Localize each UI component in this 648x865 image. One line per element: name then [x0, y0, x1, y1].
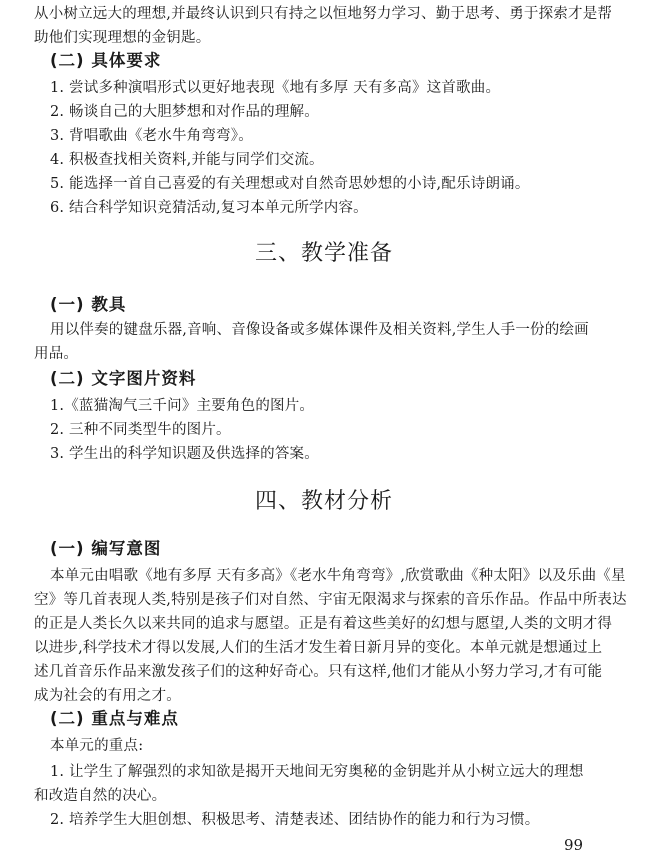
paragraph-line: 助他们实现理想的金钥匙。	[34, 28, 210, 48]
list-item: 2. 畅谈自己的大胆梦想和对作品的理解。	[50, 102, 319, 122]
page-number: 99	[564, 836, 583, 854]
subheading-key-points: (二) 重点与难点	[50, 708, 179, 730]
paragraph-line: 空》等几首表现人类,特别是孩子们对自然、宇宙无限渴求与探索的音乐作品。作品中所表…	[34, 590, 627, 610]
paragraph-line: 成为社会的有用之才。	[34, 686, 181, 706]
paragraph-line: 述几首音乐作品来激发孩子们的这种好奇心。只有这样,他们才能从小努力学习,才有可能	[34, 662, 602, 682]
list-item: 3. 背唱歌曲《老水牛角弯弯》。	[50, 126, 253, 146]
list-item: 5. 能选择一首自己喜爱的有关理想或对自然奇思妙想的小诗,配乐诗朗诵。	[50, 174, 530, 194]
paragraph-line: 本单元由唱歌《地有多厚 天有多高》《老水牛角弯弯》,欣赏歌曲《种太阳》以及乐曲《…	[50, 566, 626, 586]
subheading-materials: (二) 文字图片资料	[50, 368, 196, 390]
document-page: 从小树立远大的理想,并最终认识到只有持之以恒地努力学习、勤于思考、勇于探索才是帮…	[0, 0, 648, 865]
section-title-analysis: 四、教材分析	[0, 488, 648, 516]
list-item: 6. 结合科学知识竞猜活动,复习本单元所学内容。	[50, 198, 368, 218]
paragraph-line: 从小树立远大的理想,并最终认识到只有持之以恒地努力学习、勤于思考、勇于探索才是帮	[34, 4, 612, 24]
list-item: 1. 让学生了解强烈的求知欲是揭开天地间无穷奥秘的金钥匙并从小树立远大的理想	[50, 762, 584, 782]
paragraph-line: 用品。	[34, 344, 78, 364]
list-item: 2. 培养学生大胆创想、积极思考、清楚表述、团结协作的能力和行为习惯。	[50, 810, 539, 830]
subheading-intent: (一) 编写意图	[50, 538, 161, 560]
subheading-tools: (一) 教具	[50, 294, 126, 316]
paragraph-line: 以进步,科学技术才得以发展,人们的生活才发生着日新月异的变化。本单元就是想通过上	[34, 638, 602, 658]
subheading-requirements: (二) 具体要求	[50, 50, 161, 72]
list-item: 1. 尝试多种演唱形式以更好地表现《地有多厚 天有多高》这首歌曲。	[50, 78, 500, 98]
paragraph-line: 的正是人类长久以来共同的追求与愿望。正是有着这些美好的幻想与愿望,人类的文明才得	[34, 614, 612, 634]
paragraph-line: 本单元的重点:	[50, 736, 143, 756]
paragraph-line: 用以伴奏的键盘乐器,音响、音像设备或多媒体课件及相关资料,学生人手一份的绘画	[50, 320, 589, 340]
list-item: 3. 学生出的科学知识题及供选择的答案。	[50, 444, 319, 464]
list-item: 1.《蓝猫淘气三千问》主要角色的图片。	[50, 396, 314, 416]
list-item-continuation: 和改造自然的决心。	[34, 786, 166, 806]
list-item: 2. 三种不同类型牛的图片。	[50, 420, 231, 440]
section-title-preparation: 三、教学准备	[0, 240, 648, 268]
list-item: 4. 积极查找相关资料,并能与同学们交流。	[50, 150, 324, 170]
